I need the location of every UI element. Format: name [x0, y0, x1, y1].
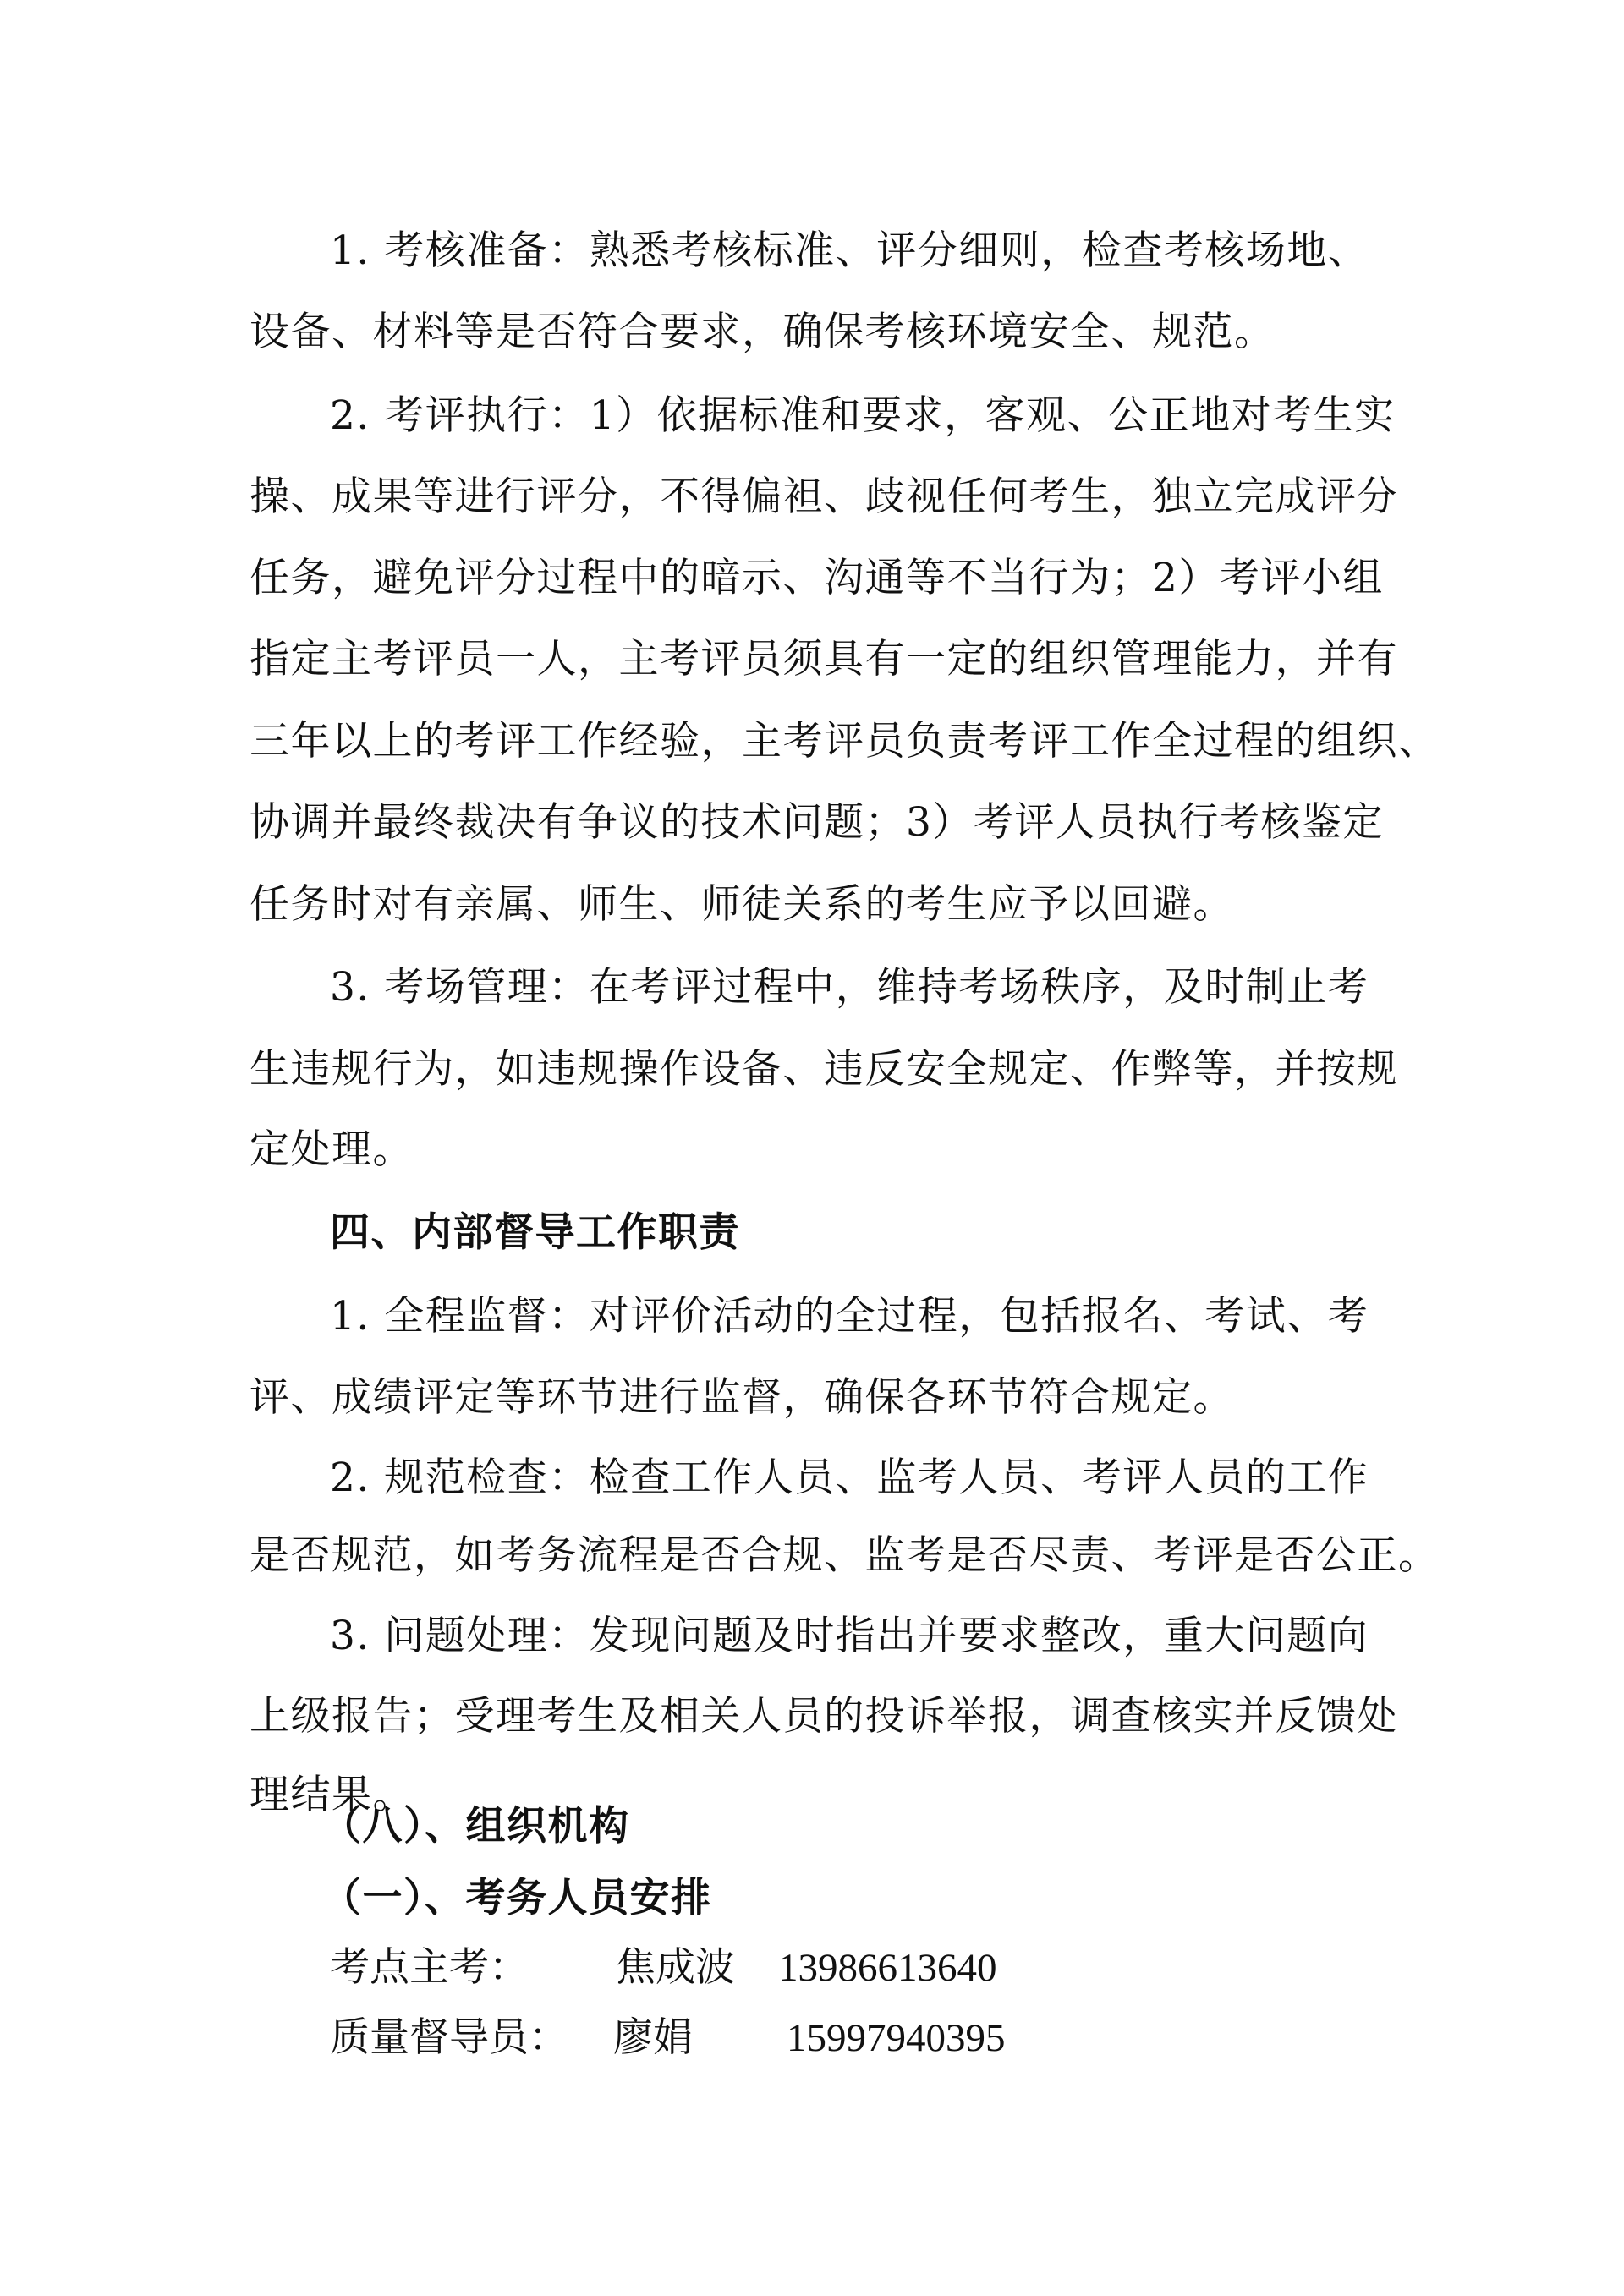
staff-name-chief-examiner: 焦成波	[616, 1943, 735, 1993]
exam-prep-line-1: 1. 考核准备：熟悉考核标准、评分细则，检查考核场地、	[330, 226, 1369, 277]
evaluation-line-3: 任务，避免评分过程中的暗示、沟通等不当行为；2）考评小组	[250, 553, 1384, 604]
supervision-line-2: 评、成绩评定等环节进行监督，确保各环节符合规定。	[250, 1373, 1234, 1423]
evaluation-line-5: 三年以上的考评工作经验，主考评员负责考评工作全过程的组织、	[250, 716, 1440, 767]
standards-check-line-2: 是否规范，如考务流程是否合规、监考是否尽责、考评是否公正。	[250, 1531, 1440, 1581]
document-page: 1. 考核准备：熟悉考核标准、评分细则，检查考核场地、 设备、材料等是否符合要求…	[0, 0, 1624, 2296]
section-8-heading: （八）、组织机构	[321, 1801, 630, 1852]
supervision-line-1: 1. 全程监督：对评价活动的全过程，包括报名、考试、考	[330, 1291, 1369, 1342]
staff-arrangement-heading: （一）、考务人员安排	[321, 1873, 712, 1924]
exam-room-line-3: 定处理。	[250, 1125, 414, 1175]
evaluation-line-2: 操、成果等进行评分，不得偏袒、歧视任何考生，独立完成评分	[250, 472, 1398, 523]
exam-prep-line-2: 设备、材料等是否符合要求，确保考核环境安全、规范。	[250, 307, 1276, 358]
evaluation-line-4: 指定主考评员一人，主考评员须具有一定的组织管理能力，并有	[250, 634, 1398, 685]
evaluation-line-1: 2. 考评执行：1）依据标准和要求，客观、公正地对考生实	[330, 391, 1396, 441]
staff-role-chief-examiner: 考点主考：	[330, 1943, 529, 1993]
exam-room-line-2: 生违规行为，如违规操作设备、违反安全规定、作弊等，并按规	[250, 1044, 1398, 1095]
section-4-heading: 四、内部督导工作职责	[330, 1208, 740, 1258]
staff-phone-chief-examiner: 13986613640	[778, 1943, 997, 1993]
standards-check-line-1: 2. 规范检查：检查工作人员、监考人员、考评人员的工作	[330, 1453, 1369, 1504]
staff-phone-quality-supervisor: 15997940395	[787, 2013, 1006, 2063]
evaluation-line-7: 任务时对有亲属、师生、师徒关系的考生应予以回避。	[250, 879, 1234, 930]
issue-handling-line-1: 3. 问题处理：发现问题及时指出并要求整改，重大问题向	[330, 1611, 1369, 1662]
evaluation-line-6: 协调并最终裁决有争议的技术问题；3）考评人员执行考核鉴定	[250, 797, 1384, 848]
staff-role-quality-supervisor: 质量督导员：	[330, 2013, 568, 2063]
issue-handling-line-2: 上级报告；受理考生及相关人员的投诉举报，调查核实并反馈处	[250, 1691, 1398, 1742]
staff-name-quality-supervisor: 廖娟	[613, 2013, 693, 2063]
exam-room-line-1: 3. 考场管理：在考评过程中，维持考场秩序，及时制止考	[330, 962, 1369, 1013]
